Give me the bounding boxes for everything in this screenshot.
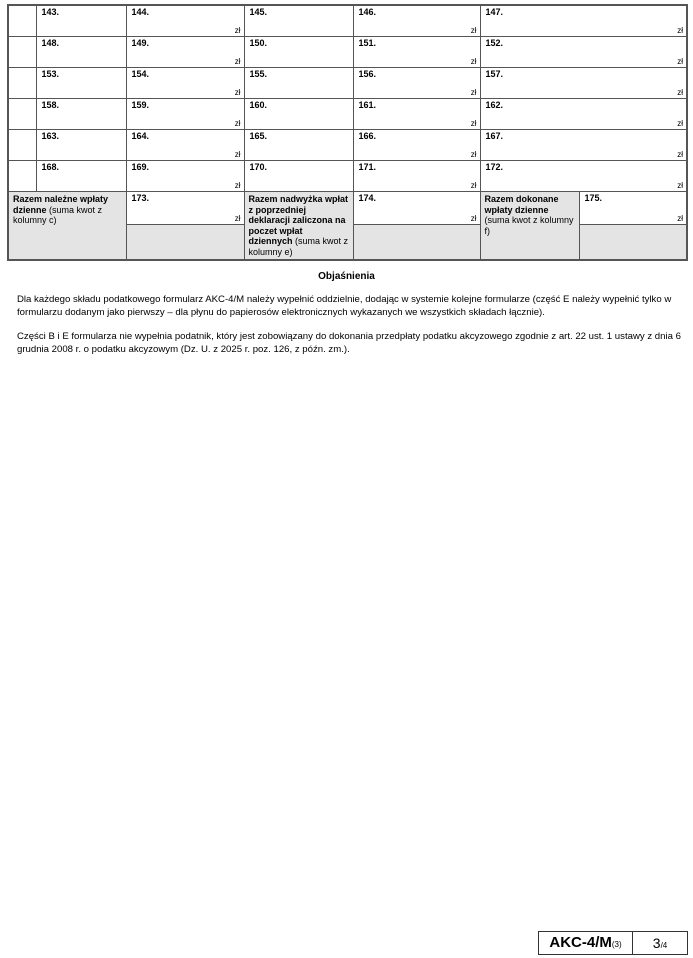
currency-label: zł: [235, 150, 241, 159]
field-number: 168.: [42, 162, 60, 172]
explanation-paragraph-1: Dla każdego składu podatkowego formularz…: [17, 294, 692, 319]
field-number: 162.: [486, 100, 504, 110]
currency-label: zł: [471, 119, 477, 128]
field-number: 171.: [359, 162, 377, 172]
table-row: 143.144.zł145.146.zł147.zł: [8, 5, 687, 37]
field-number: 158.: [42, 100, 60, 110]
currency-label: zł: [677, 119, 683, 128]
field-number: 148.: [42, 38, 60, 48]
row-index-cell: [8, 161, 36, 192]
field-165: 165.: [244, 130, 353, 161]
field-170: 170.: [244, 161, 353, 192]
currency-label: zł: [677, 181, 683, 190]
field-number: 147.: [486, 7, 504, 17]
currency-label: zł: [235, 88, 241, 97]
currency-label: zł: [471, 181, 477, 190]
form-code: AKC-4/M(3): [539, 932, 633, 954]
row-index-cell: [8, 130, 36, 161]
field-number: 145.: [250, 7, 268, 17]
currency-label: zł: [471, 88, 477, 97]
field-158: 158.: [36, 99, 126, 130]
page-number: 3/4: [633, 932, 687, 954]
field-number: 172.: [486, 162, 504, 172]
table-row: 153.154.zł155.156.zł157.zł: [8, 68, 687, 99]
table-row: 158.159.zł160.161.zł162.zł: [8, 99, 687, 130]
field-174[interactable]: 174.zł: [353, 192, 480, 261]
field-151[interactable]: 151.zł: [353, 37, 480, 68]
field-number: 165.: [250, 131, 268, 141]
field-172[interactable]: 172.zł: [480, 161, 687, 192]
field-149[interactable]: 149.zł: [126, 37, 244, 68]
field-number: 149.: [132, 38, 150, 48]
field-153: 153.: [36, 68, 126, 99]
field-number: 154.: [132, 69, 150, 79]
explanations-title: Objaśnienia: [0, 271, 693, 282]
field-number: 151.: [359, 38, 377, 48]
field-number: 167.: [486, 131, 504, 141]
row-index-cell: [8, 37, 36, 68]
field-number: 164.: [132, 131, 150, 141]
field-146[interactable]: 146.zł: [353, 5, 480, 37]
field-number: 163.: [42, 131, 60, 141]
field-152[interactable]: 152.zł: [480, 37, 687, 68]
field-163: 163.: [36, 130, 126, 161]
field-number: 159.: [132, 100, 150, 110]
field-number: 146.: [359, 7, 377, 17]
form-footer: AKC-4/M(3) 3/4: [538, 931, 688, 955]
total-surplus-label: Razem nadwyżka wpłat z poprzedniej dekla…: [244, 192, 353, 261]
table-row: 148.149.zł150.151.zł152.zł: [8, 37, 687, 68]
field-173[interactable]: 173.zł: [126, 192, 244, 261]
currency-label: zł: [677, 57, 683, 66]
field-number: 143.: [42, 7, 60, 17]
field-number: 156.: [359, 69, 377, 79]
field-155: 155.: [244, 68, 353, 99]
field-145: 145.: [244, 5, 353, 37]
currency-label: zł: [471, 150, 477, 159]
field-number: 150.: [250, 38, 268, 48]
currency-label: zł: [677, 88, 683, 97]
field-161[interactable]: 161.zł: [353, 99, 480, 130]
field-number: 152.: [486, 38, 504, 48]
field-167[interactable]: 167.zł: [480, 130, 687, 161]
table-row: 163.164.zł165.166.zł167.zł: [8, 130, 687, 161]
field-number: 166.: [359, 131, 377, 141]
total-paid-label: Razem dokonane wpłaty dzienne (suma kwot…: [480, 192, 579, 261]
field-number: 161.: [359, 100, 377, 110]
table-row: 168.169.zł170.171.zł172.zł: [8, 161, 687, 192]
field-number: 153.: [42, 69, 60, 79]
currency-label: zł: [235, 26, 241, 35]
field-number: 157.: [486, 69, 504, 79]
row-index-cell: [8, 99, 36, 130]
field-171[interactable]: 171.zł: [353, 161, 480, 192]
field-175[interactable]: 175.zł: [579, 192, 687, 261]
currency-label: zł: [677, 26, 683, 35]
currency-label: zł: [471, 57, 477, 66]
daily-payments-table: 143.144.zł145.146.zł147.zł148.149.zł150.…: [7, 4, 688, 261]
total-due-label: Razem należne wpłaty dzienne (suma kwot …: [8, 192, 126, 261]
field-number: 155.: [250, 69, 268, 79]
field-164[interactable]: 164.zł: [126, 130, 244, 161]
field-159[interactable]: 159.zł: [126, 99, 244, 130]
field-number: 169.: [132, 162, 150, 172]
field-150: 150.: [244, 37, 353, 68]
field-166[interactable]: 166.zł: [353, 130, 480, 161]
currency-label: zł: [235, 57, 241, 66]
explanation-paragraph-2: Części B i E formularza nie wypełnia pod…: [17, 331, 692, 356]
field-157[interactable]: 157.zł: [480, 68, 687, 99]
field-160: 160.: [244, 99, 353, 130]
row-index-cell: [8, 68, 36, 99]
field-168: 168.: [36, 161, 126, 192]
field-162[interactable]: 162.zł: [480, 99, 687, 130]
field-154[interactable]: 154.zł: [126, 68, 244, 99]
field-number: 160.: [250, 100, 268, 110]
currency-label: zł: [235, 119, 241, 128]
field-169[interactable]: 169.zł: [126, 161, 244, 192]
field-number: 144.: [132, 7, 150, 17]
field-144[interactable]: 144.zł: [126, 5, 244, 37]
field-number: 170.: [250, 162, 268, 172]
field-143: 143.: [36, 5, 126, 37]
currency-label: zł: [235, 181, 241, 190]
currency-label: zł: [471, 26, 477, 35]
field-156[interactable]: 156.zł: [353, 68, 480, 99]
field-147[interactable]: 147.zł: [480, 5, 687, 37]
currency-label: zł: [677, 150, 683, 159]
field-148: 148.: [36, 37, 126, 68]
row-index-cell: [8, 5, 36, 37]
